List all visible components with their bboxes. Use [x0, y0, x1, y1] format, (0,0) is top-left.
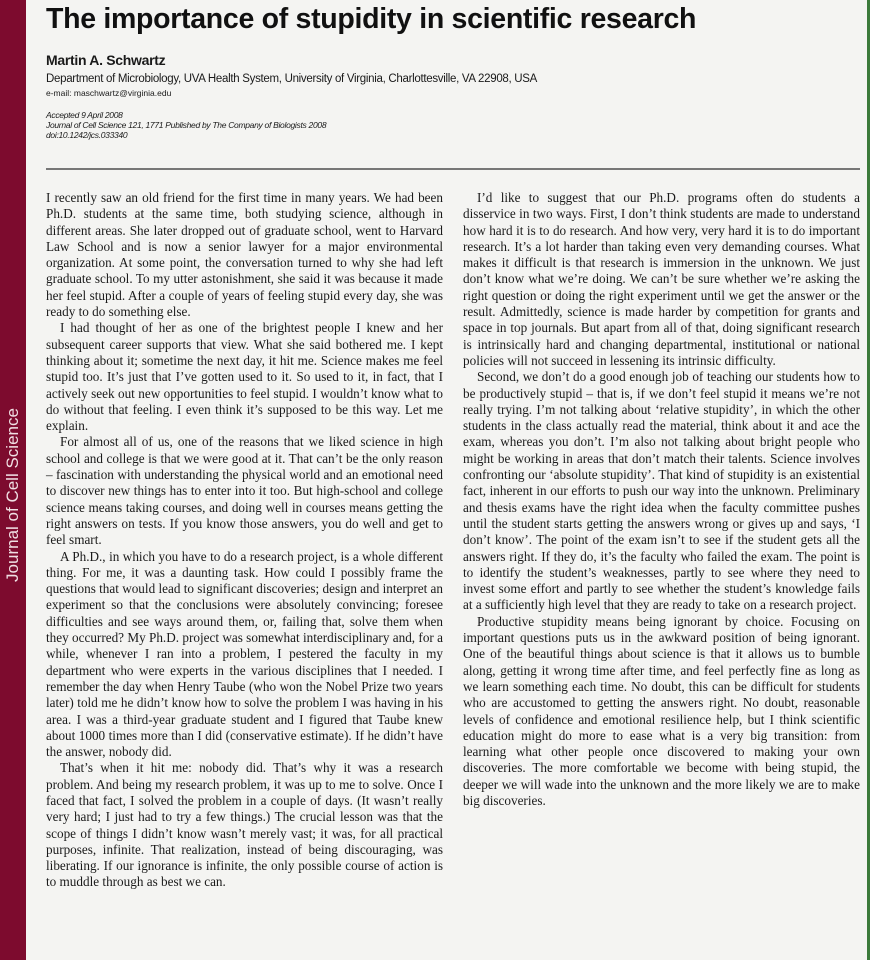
- doi: doi:10.1242/jcs.033340: [46, 130, 846, 140]
- author-affiliation: Department of Microbiology, UVA Health S…: [46, 73, 846, 85]
- right-column: I’d like to suggest that our Ph.D. progr…: [463, 190, 860, 809]
- paragraph: A Ph.D., in which you have to do a resea…: [46, 549, 443, 761]
- author-email: e-mail: maschwartz@virginia.edu: [46, 88, 846, 98]
- header-divider: [46, 168, 860, 170]
- paragraph: Second, we don’t do a good enough job of…: [463, 369, 860, 613]
- article-header: The importance of stupidity in scientifi…: [46, 0, 846, 140]
- journal-citation: Journal of Cell Science 121, 1771 Publis…: [46, 120, 846, 130]
- accepted-date: Accepted 9 April 2008: [46, 110, 846, 120]
- paragraph: I had thought of her as one of the brigh…: [46, 320, 443, 434]
- paragraph: I’d like to suggest that our Ph.D. progr…: [463, 190, 860, 369]
- article-title: The importance of stupidity in scientifi…: [46, 3, 846, 36]
- paragraph: I recently saw an old friend for the fir…: [46, 190, 443, 320]
- publication-meta: Accepted 9 April 2008 Journal of Cell Sc…: [46, 110, 846, 140]
- journal-spine: Journal of Cell Science: [0, 0, 26, 960]
- paragraph: That’s when it hit me: nobody did. That’…: [46, 760, 443, 890]
- left-column: I recently saw an old friend for the fir…: [46, 190, 443, 891]
- paragraph: Productive stupidity means being ignoran…: [463, 614, 860, 810]
- journal-name: Journal of Cell Science: [3, 408, 23, 582]
- paragraph: For almost all of us, one of the reasons…: [46, 434, 443, 548]
- author-name: Martin A. Schwartz: [46, 52, 846, 68]
